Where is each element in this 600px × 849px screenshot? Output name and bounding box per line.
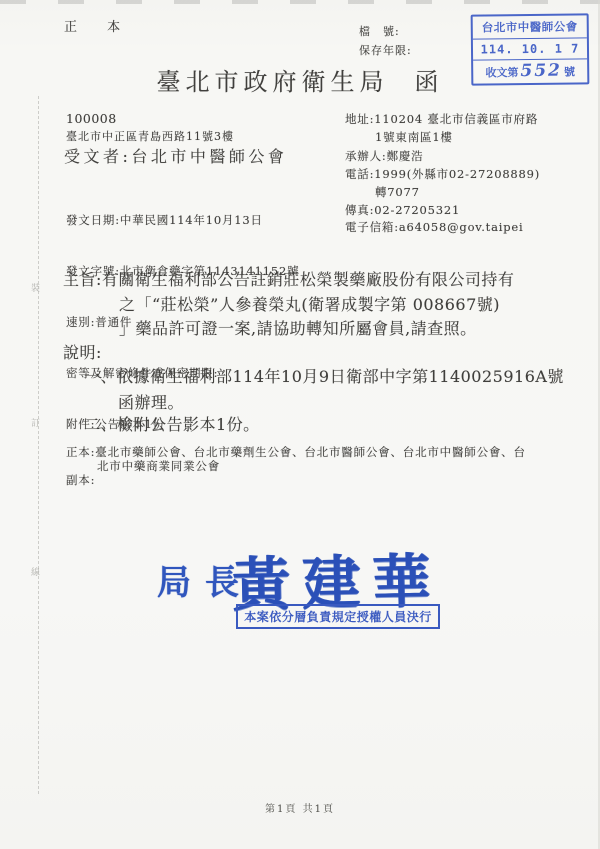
subject-line1: 主旨:有關衛生福利部公告註銷莊松榮製藥廠股份有限公司持有	[63, 267, 514, 290]
sender-address-line1: 地址:110204 臺北市信義區市府路	[345, 111, 538, 127]
file-number-label: 檔 號:	[359, 23, 400, 39]
page-number-footer: 第1頁 共1頁	[0, 800, 600, 815]
binding-dotted-line	[38, 96, 39, 794]
distribution-original-line2: 北市中藥商業同業公會	[97, 458, 220, 474]
recipient-line: 受文者:台北市中醫師公會	[64, 144, 287, 167]
explanation-item2: 二、檢附公告影本1份。	[84, 412, 260, 435]
receipt-stamp-number-row: 收文第 552 號	[473, 59, 587, 83]
sender-fax: 傳真:02-27205321	[345, 202, 460, 218]
document-type: 函	[415, 68, 444, 96]
issuing-agency: 臺北市政府衛生局	[157, 68, 389, 96]
recipient-zip: 100008	[66, 111, 117, 126]
subject-line3: 」藥品許可證一案,請協助轉知所屬會員,請查照。	[119, 316, 477, 339]
receipt-stamp: 台北市中醫師公會 114. 10. 1 7 收文第 552 號	[471, 13, 590, 85]
explanation-item1-line2: 函辦理。	[118, 390, 184, 413]
copy-type-label: 正 本	[64, 16, 133, 35]
binding-mark-ding: 訂	[31, 416, 40, 429]
explanation-item1-line1: 一、依據衛生福利部114年10月9日衛部中字第1140025916A號	[84, 364, 564, 387]
recipient-address: 臺北市中正區青島西路11號3樓	[66, 128, 234, 144]
sender-address-line2: 1號東南區1樓	[375, 129, 453, 145]
explanation-heading: 說明:	[63, 340, 102, 363]
binding-mark-xian: 線	[31, 565, 40, 578]
retention-period-label: 保存年限:	[359, 42, 412, 58]
receipt-stamp-org: 台北市中醫師公會	[473, 15, 587, 39]
sender-phone-line1: 電話:1999(外縣市02-27208889)	[345, 166, 540, 182]
sender-contact-person: 承辦人:鄭慶浩	[345, 148, 423, 164]
sender-phone-line2: 轉7077	[375, 184, 420, 200]
binding-mark-zhuang: 裝	[31, 281, 40, 294]
authorization-text: 本案依分層負責規定授權人員決行	[244, 608, 432, 625]
receipt-number-prefix: 收文第	[485, 64, 518, 80]
subject-line2: 之「“莊松榮”人參養榮丸(衛署成製字第 008667號)	[119, 292, 500, 315]
distribution-copy-label: 副本:	[66, 472, 95, 488]
scan-artifact-top	[0, 0, 600, 4]
receipt-number-handwritten: 552	[520, 60, 562, 80]
authorization-stamp: 本案依分層負責規定授權人員決行	[236, 604, 440, 629]
receipt-number-suffix: 號	[564, 63, 575, 79]
sender-email: 電子信箱:a64058@gov.taipei	[345, 219, 524, 235]
official-letter-page: 裝 訂 線 正 本 檔 號: 保存年限: 臺北市政府衛生局函 台北市中醫師公會 …	[0, 0, 600, 849]
receipt-stamp-date: 114. 10. 1 7	[473, 38, 587, 60]
issue-date: 發文日期:中華民國114年10月13日	[66, 212, 299, 229]
